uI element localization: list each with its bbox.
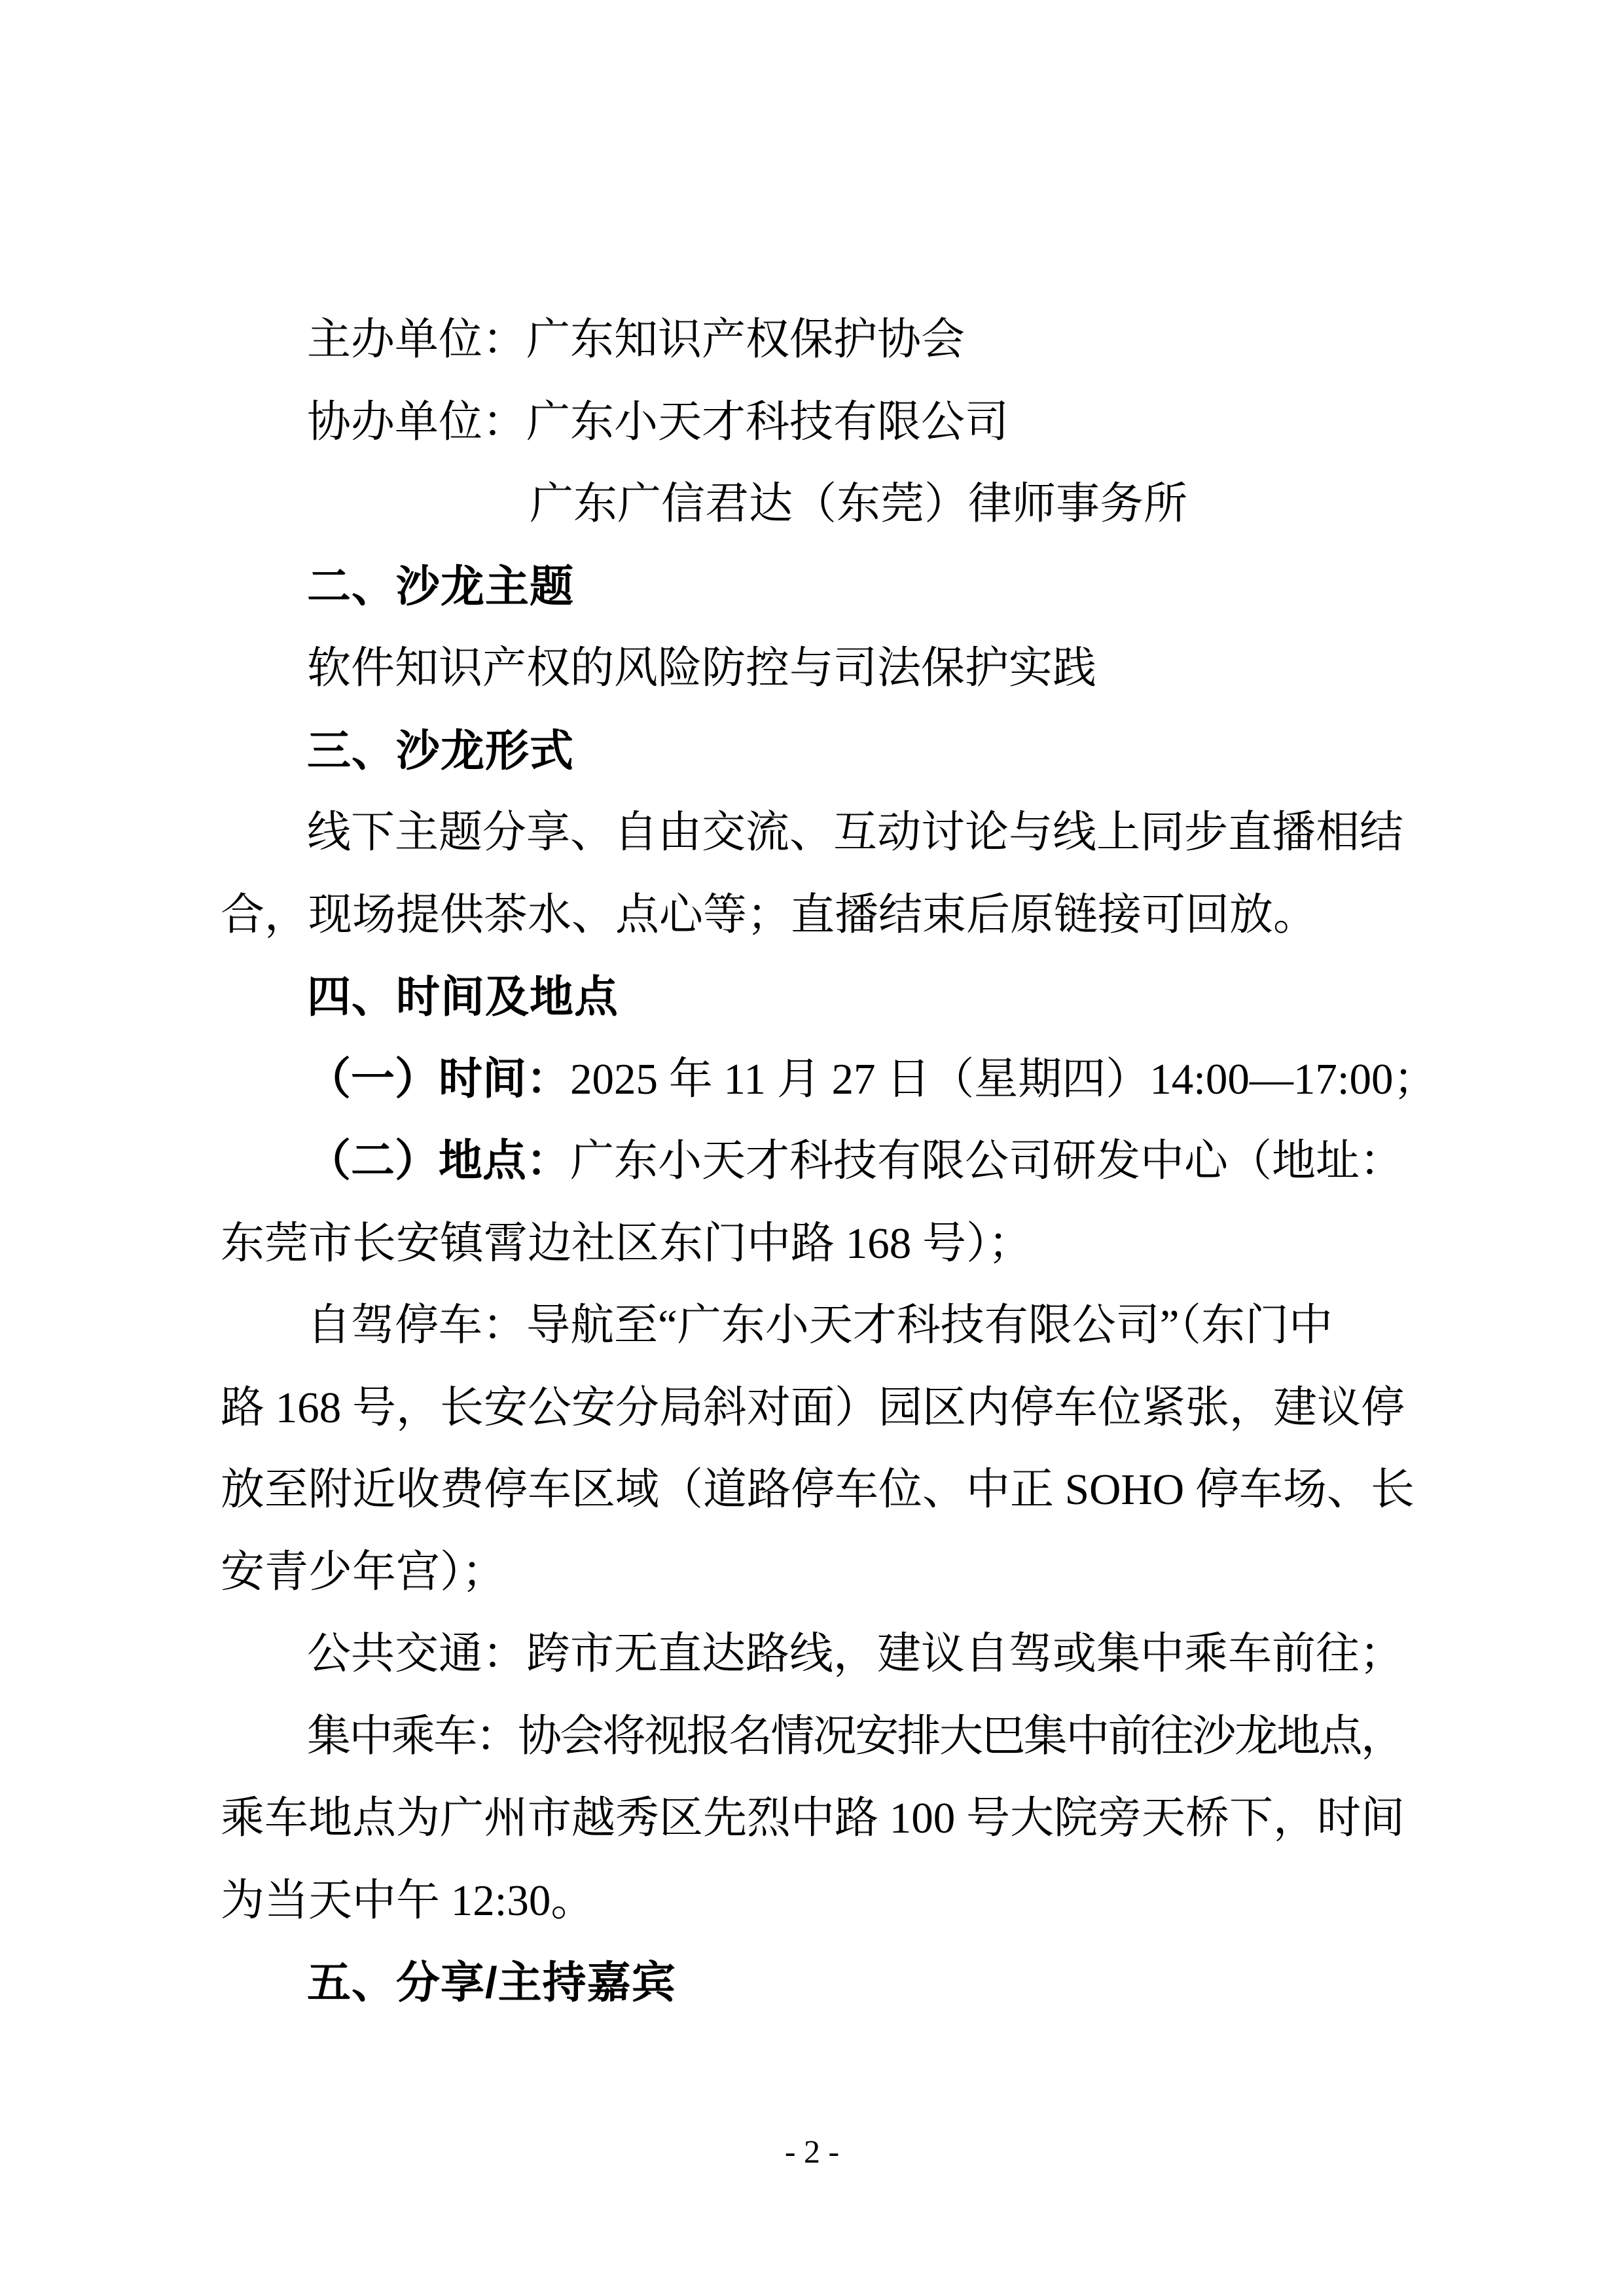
document-body: 主办单位：广东知识产权保护协会 协办单位：广东小天才科技有限公司 广东广信君达（…: [221, 299, 1403, 2024]
parking-line-4: 安青少年宫）；: [221, 1532, 1403, 1614]
place-line-1: （二）地点：广东小天才科技有限公司研发中心（地址：: [221, 1121, 1403, 1203]
parking-line-3: 放至附近收费停车区域（道路停车位、中正 SOHO 停车场、长: [221, 1449, 1403, 1532]
public-transit-line: 公共交通：跨市无直达路线，建议自驾或集中乘车前往；: [221, 1613, 1403, 1696]
co-organizer-line-2: 广东广信君达（东莞）律师事务所: [221, 463, 1403, 546]
section-2-heading: 二、沙龙主题: [221, 546, 1403, 628]
section-3-heading: 三、沙龙形式: [221, 710, 1403, 793]
host-organizer-line: 主办单位：广东知识产权保护协会: [221, 299, 1403, 382]
time-value: 2025 年 11 月 27 日（星期四）14:00—17:00；: [570, 1055, 1437, 1103]
parking-line-1: 自驾停车：导航至“广东小天才科技有限公司”（东门中: [221, 1285, 1403, 1367]
group-bus-line-2: 乘车地点为广州市越秀区先烈中路 100 号大院旁天桥下，时间: [221, 1778, 1403, 1860]
section-5-heading: 五、分享/主持嘉宾: [221, 1942, 1403, 2024]
group-bus-line-1: 集中乘车：协会将视报名情况安排大巴集中前往沙龙地点，: [221, 1696, 1403, 1778]
place-line-2: 东莞市长安镇霄边社区东门中路 168 号）；: [221, 1203, 1403, 1285]
page-number: - 2 -: [0, 2128, 1624, 2174]
salon-format-line-2: 合，现场提供茶水、点心等；直播结束后原链接可回放。: [221, 874, 1403, 957]
salon-format-line-1: 线下主题分享、自由交流、互动讨论与线上同步直播相结: [221, 792, 1403, 874]
time-line: （一）时间：2025 年 11 月 27 日（星期四）14:00—17:00；: [221, 1039, 1403, 1121]
document-page: 主办单位：广东知识产权保护协会 协办单位：广东小天才科技有限公司 广东广信君达（…: [0, 0, 1624, 2296]
section-4-heading: 四、时间及地点: [221, 956, 1403, 1039]
place-label: （二）地点：: [307, 1137, 570, 1185]
time-label: （一）时间：: [307, 1055, 570, 1103]
place-value: 广东小天才科技有限公司研发中心（地址：: [570, 1137, 1403, 1185]
parking-line-2: 路 168 号，长安公安分局斜对面）园区内停车位紧张，建议停: [221, 1367, 1403, 1450]
co-organizer-line-1: 协办单位：广东小天才科技有限公司: [221, 382, 1403, 464]
group-bus-line-3: 为当天中午 12:30。: [221, 1860, 1403, 1943]
salon-theme-text: 软件知识产权的风险防控与司法保护实践: [221, 628, 1403, 710]
